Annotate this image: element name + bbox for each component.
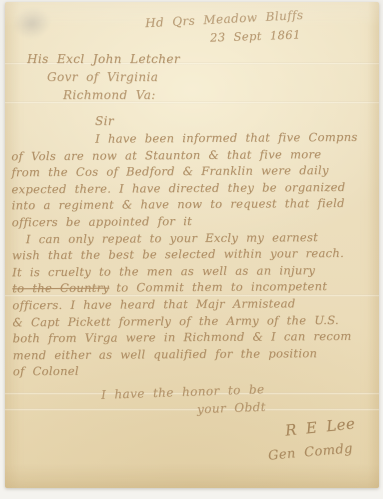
after-struck-text: to Commit them to incompetent bbox=[116, 279, 327, 294]
heading-date: 23 Sept 1861 bbox=[210, 27, 301, 44]
fold-crease bbox=[5, 408, 379, 411]
letter-body: I have been informed that five Compns of… bbox=[11, 130, 377, 381]
closing-obedient-line: your Obdt bbox=[197, 400, 266, 416]
heading-place: Hd Qrs Meadow Bluffs bbox=[145, 8, 304, 30]
closing-honor-line: I have the honor to be bbox=[101, 382, 265, 402]
struck-text: to the Country bbox=[12, 281, 109, 296]
letter-line: of Colonel bbox=[13, 362, 377, 381]
recipient-city: Richmond Va: bbox=[63, 88, 156, 102]
signature-title: Gen Comdg bbox=[268, 441, 354, 463]
signature-name: R E Lee bbox=[284, 414, 356, 439]
letter-paper: Hd Qrs Meadow Bluffs 23 Sept 1861 His Ex… bbox=[5, 2, 379, 488]
recipient-title: Govr of Virginia bbox=[47, 70, 158, 84]
scanned-letter: Hd Qrs Meadow Bluffs 23 Sept 1861 His Ex… bbox=[0, 0, 383, 499]
recipient-name: His Excl John Letcher bbox=[27, 52, 180, 66]
salutation: Sir bbox=[95, 114, 114, 128]
fold-crease bbox=[5, 101, 379, 104]
embossed-stamp bbox=[10, 3, 54, 42]
